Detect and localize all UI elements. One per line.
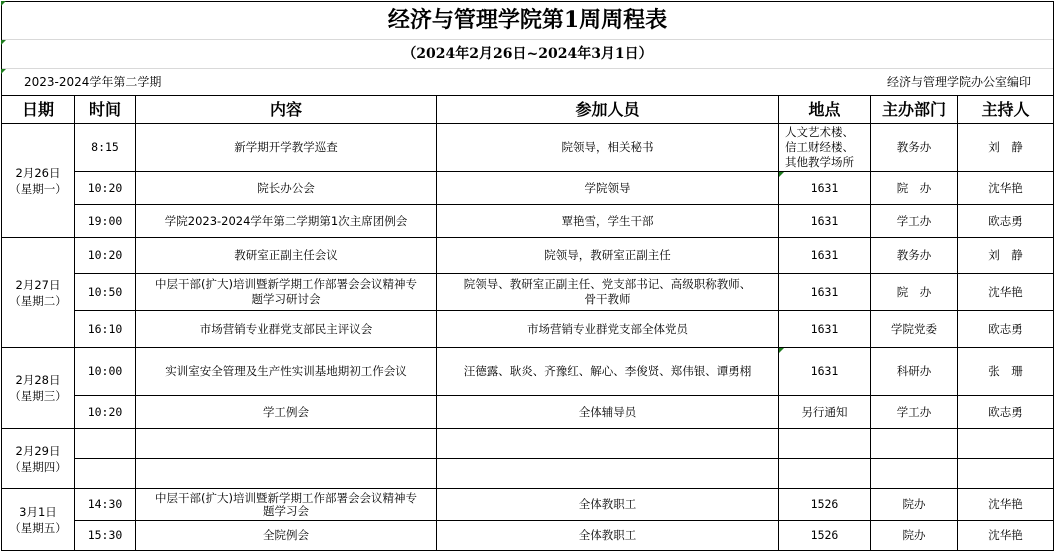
column-header-date: 日期 xyxy=(2,96,75,124)
location-cell[interactable]: 1631 xyxy=(779,205,871,238)
location-cell[interactable]: 1526 xyxy=(779,521,871,551)
table-row: 10:20 学工例会 全体辅导员 另行通知 学工办 欧志勇 xyxy=(2,396,1054,429)
location-cell[interactable]: 人文艺术楼、 信工财经楼、 其他教学场所 xyxy=(779,124,871,172)
table-row: 10:50 中层干部(扩大)培训暨新学期工作部署会会议精神专 题学习研讨会 院领… xyxy=(2,274,1054,311)
time-cell[interactable]: 19:00 xyxy=(75,205,136,238)
location-line: 信工财经楼、 xyxy=(785,140,870,155)
table-row: 3月1日 （星期五） 14:30 中层干部(扩大)培训暨新学期工作部署会会议精神… xyxy=(2,489,1054,521)
date-label: 2月27日 xyxy=(2,277,74,293)
content-cell[interactable]: 新学期开学教学巡查 xyxy=(136,124,437,172)
host-cell[interactable]: 刘 静 xyxy=(958,238,1054,274)
location-cell[interactable]: 1526 xyxy=(779,489,871,521)
spreadsheet: 经济与管理学院第1周周程表 （2024年2月26日~2024年3月1日） 202… xyxy=(0,0,1055,551)
content-cell[interactable]: 全院例会 xyxy=(136,521,437,551)
participants-cell[interactable]: 全体辅导员 xyxy=(437,396,779,429)
content-cell[interactable]: 中层干部(扩大)培训暨新学期工作部署会会议精神专 题学习会 xyxy=(136,489,437,521)
department-cell[interactable]: 教务办 xyxy=(871,124,958,172)
content-line: 中层干部(扩大)培训暨新学期工作部署会会议精神专 xyxy=(139,492,433,505)
participants-cell[interactable]: 覃艳雪，学生干部 xyxy=(437,205,779,238)
location-cell[interactable]: 1631 xyxy=(779,238,871,274)
time-cell[interactable] xyxy=(75,459,136,489)
table-row: 10:20 院长办公会 学院领导 1631 院 办 沈华艳 xyxy=(2,172,1054,205)
participants-cell[interactable] xyxy=(437,459,779,489)
participants-cell[interactable]: 市场营销专业群党支部全体党员 xyxy=(437,311,779,348)
editor-label: 经济与管理学院办公室编印 xyxy=(887,73,1031,91)
column-header-host: 主持人 xyxy=(958,96,1054,124)
time-cell[interactable]: 15:30 xyxy=(75,521,136,551)
table-row: 16:10 市场营销专业群党支部民主评议会 市场营销专业群党支部全体党员 163… xyxy=(2,311,1054,348)
date-cell[interactable]: 2月29日 （星期四） xyxy=(2,429,75,489)
department-cell[interactable]: 院办 xyxy=(871,521,958,551)
gridline xyxy=(2,68,1053,69)
host-cell[interactable] xyxy=(958,459,1054,489)
weekday-label: （星期二） xyxy=(2,293,74,309)
date-cell[interactable]: 3月1日 （星期五） xyxy=(2,489,75,551)
content-cell[interactable]: 学院2023-2024学年第二学期第1次主席团例会 xyxy=(136,205,437,238)
content-cell[interactable]: 院长办公会 xyxy=(136,172,437,205)
table-row: 2月27日 （星期二） 10:20 教研室正副主任会议 院领导，教研室正副主任 … xyxy=(2,238,1054,274)
table-row xyxy=(2,459,1054,489)
column-header-department: 主办部门 xyxy=(871,96,958,124)
date-label: 3月1日 xyxy=(2,504,74,520)
participants-line: 骨干教师 xyxy=(437,292,778,307)
host-cell[interactable]: 张 珊 xyxy=(958,348,1054,396)
host-cell[interactable]: 沈华艳 xyxy=(958,489,1054,521)
content-cell[interactable]: 学工例会 xyxy=(136,396,437,429)
content-line: 中层干部(扩大)培训暨新学期工作部署会会议精神专 xyxy=(139,277,433,292)
page-title: 经济与管理学院第1周周程表 xyxy=(0,4,1055,36)
participants-cell[interactable]: 汪德露、耿炎、齐豫红、解心、李俊贤、郑伟银、谭勇栩 xyxy=(437,348,779,396)
time-cell[interactable]: 10:20 xyxy=(75,238,136,274)
comment-marker-icon xyxy=(779,172,784,177)
column-header-time: 时间 xyxy=(75,96,136,124)
department-cell[interactable] xyxy=(871,429,958,459)
location-cell[interactable]: 1631 xyxy=(779,348,871,396)
location-cell[interactable]: 1631 xyxy=(779,311,871,348)
date-cell[interactable]: 2月28日 （星期三） xyxy=(2,348,75,429)
date-cell[interactable]: 2月27日 （星期二） xyxy=(2,238,75,348)
weekday-label: （星期一） xyxy=(2,181,74,197)
comment-marker-icon xyxy=(779,348,784,353)
date-cell[interactable]: 2月26日 （星期一） xyxy=(2,124,75,238)
participants-cell[interactable]: 院领导，教研室正副主任 xyxy=(437,238,779,274)
department-cell[interactable]: 院办 xyxy=(871,489,958,521)
host-cell[interactable]: 刘 静 xyxy=(958,124,1054,172)
host-cell[interactable]: 沈华艳 xyxy=(958,172,1054,205)
location-cell[interactable]: 1631 xyxy=(779,172,871,205)
weekday-label: （星期三） xyxy=(2,388,74,404)
date-label: 2月29日 xyxy=(2,443,74,459)
location-cell[interactable]: 1631 xyxy=(779,274,871,311)
department-cell[interactable]: 院 办 xyxy=(871,274,958,311)
weekday-label: （星期四） xyxy=(2,459,74,475)
table-row: 2月26日 （星期一） 8:15 新学期开学教学巡查 院领导，相关秘书 人文艺术… xyxy=(2,124,1054,172)
date-label: 2月26日 xyxy=(2,165,74,181)
department-cell[interactable]: 学工办 xyxy=(871,205,958,238)
table-row: 19:00 学院2023-2024学年第二学期第1次主席团例会 覃艳雪，学生干部… xyxy=(2,205,1054,238)
content-cell[interactable] xyxy=(136,459,437,489)
location-cell[interactable] xyxy=(779,459,871,489)
column-header-content: 内容 xyxy=(136,96,437,124)
content-cell[interactable]: 教研室正副主任会议 xyxy=(136,238,437,274)
time-cell[interactable]: 14:30 xyxy=(75,489,136,521)
header-row: 日期 时间 内容 参加人员 地点 主办部门 主持人 xyxy=(2,96,1054,124)
content-cell[interactable]: 市场营销专业群党支部民主评议会 xyxy=(136,311,437,348)
time-cell[interactable]: 10:20 xyxy=(75,396,136,429)
department-cell[interactable]: 学工办 xyxy=(871,396,958,429)
schedule-table: 日期 时间 内容 参加人员 地点 主办部门 主持人 2月26日 （星期一） 8:… xyxy=(1,95,1054,551)
comment-marker-icon xyxy=(1,69,6,74)
content-cell[interactable]: 中层干部(扩大)培训暨新学期工作部署会会议精神专 题学习研讨会 xyxy=(136,274,437,311)
location-line: 其他教学场所 xyxy=(785,155,870,170)
time-cell[interactable]: 10:00 xyxy=(75,348,136,396)
weekday-label: （星期五） xyxy=(2,520,74,536)
location-cell[interactable] xyxy=(779,429,871,459)
participants-cell[interactable]: 全体教职工 xyxy=(437,489,779,521)
content-cell[interactable] xyxy=(136,429,437,459)
table-row: 2月28日 （星期三） 10:00 实训室安全管理及生产性实训基地期初工作会议 … xyxy=(2,348,1054,396)
time-cell[interactable] xyxy=(75,429,136,459)
time-cell[interactable]: 10:20 xyxy=(75,172,136,205)
participants-line: 院领导、教研室正副主任、党支部书记、高级职称教师、 xyxy=(437,277,778,292)
gridline xyxy=(2,39,1053,40)
participants-cell[interactable]: 全体教职工 xyxy=(437,521,779,551)
participants-cell[interactable]: 院领导、教研室正副主任、党支部书记、高级职称教师、 骨干教师 xyxy=(437,274,779,311)
time-cell[interactable]: 16:10 xyxy=(75,311,136,348)
host-cell[interactable]: 欧志勇 xyxy=(958,205,1054,238)
host-cell[interactable]: 欧志勇 xyxy=(958,311,1054,348)
host-cell[interactable]: 沈华艳 xyxy=(958,274,1054,311)
date-label: 2月28日 xyxy=(2,372,74,388)
table-row: 15:30 全院例会 全体教职工 1526 院办 沈华艳 xyxy=(2,521,1054,551)
host-cell[interactable] xyxy=(958,429,1054,459)
column-header-location: 地点 xyxy=(779,96,871,124)
location-cell[interactable]: 另行通知 xyxy=(779,396,871,429)
participants-cell[interactable]: 学院领导 xyxy=(437,172,779,205)
content-line: 题学习会 xyxy=(139,505,433,518)
host-cell[interactable]: 沈华艳 xyxy=(958,521,1054,551)
time-cell[interactable]: 10:50 xyxy=(75,274,136,311)
host-cell[interactable]: 欧志勇 xyxy=(958,396,1054,429)
table-row: 2月29日 （星期四） xyxy=(2,429,1054,459)
department-cell[interactable]: 教务办 xyxy=(871,238,958,274)
location-line: 人文艺术楼、 xyxy=(785,125,870,140)
time-cell[interactable]: 8:15 xyxy=(75,124,136,172)
participants-cell[interactable] xyxy=(437,429,779,459)
semester-label: 2023-2024学年第二学期 xyxy=(24,73,161,91)
content-cell[interactable]: 实训室安全管理及生产性实训基地期初工作会议 xyxy=(136,348,437,396)
participants-cell[interactable]: 院领导，相关秘书 xyxy=(437,124,779,172)
department-cell[interactable] xyxy=(871,459,958,489)
department-cell[interactable]: 院 办 xyxy=(871,172,958,205)
department-cell[interactable]: 科研办 xyxy=(871,348,958,396)
date-range-subtitle: （2024年2月26日~2024年3月1日） xyxy=(0,42,1055,66)
department-cell[interactable]: 学院党委 xyxy=(871,311,958,348)
column-header-participants: 参加人员 xyxy=(437,96,779,124)
content-line: 题学习研讨会 xyxy=(139,292,433,307)
